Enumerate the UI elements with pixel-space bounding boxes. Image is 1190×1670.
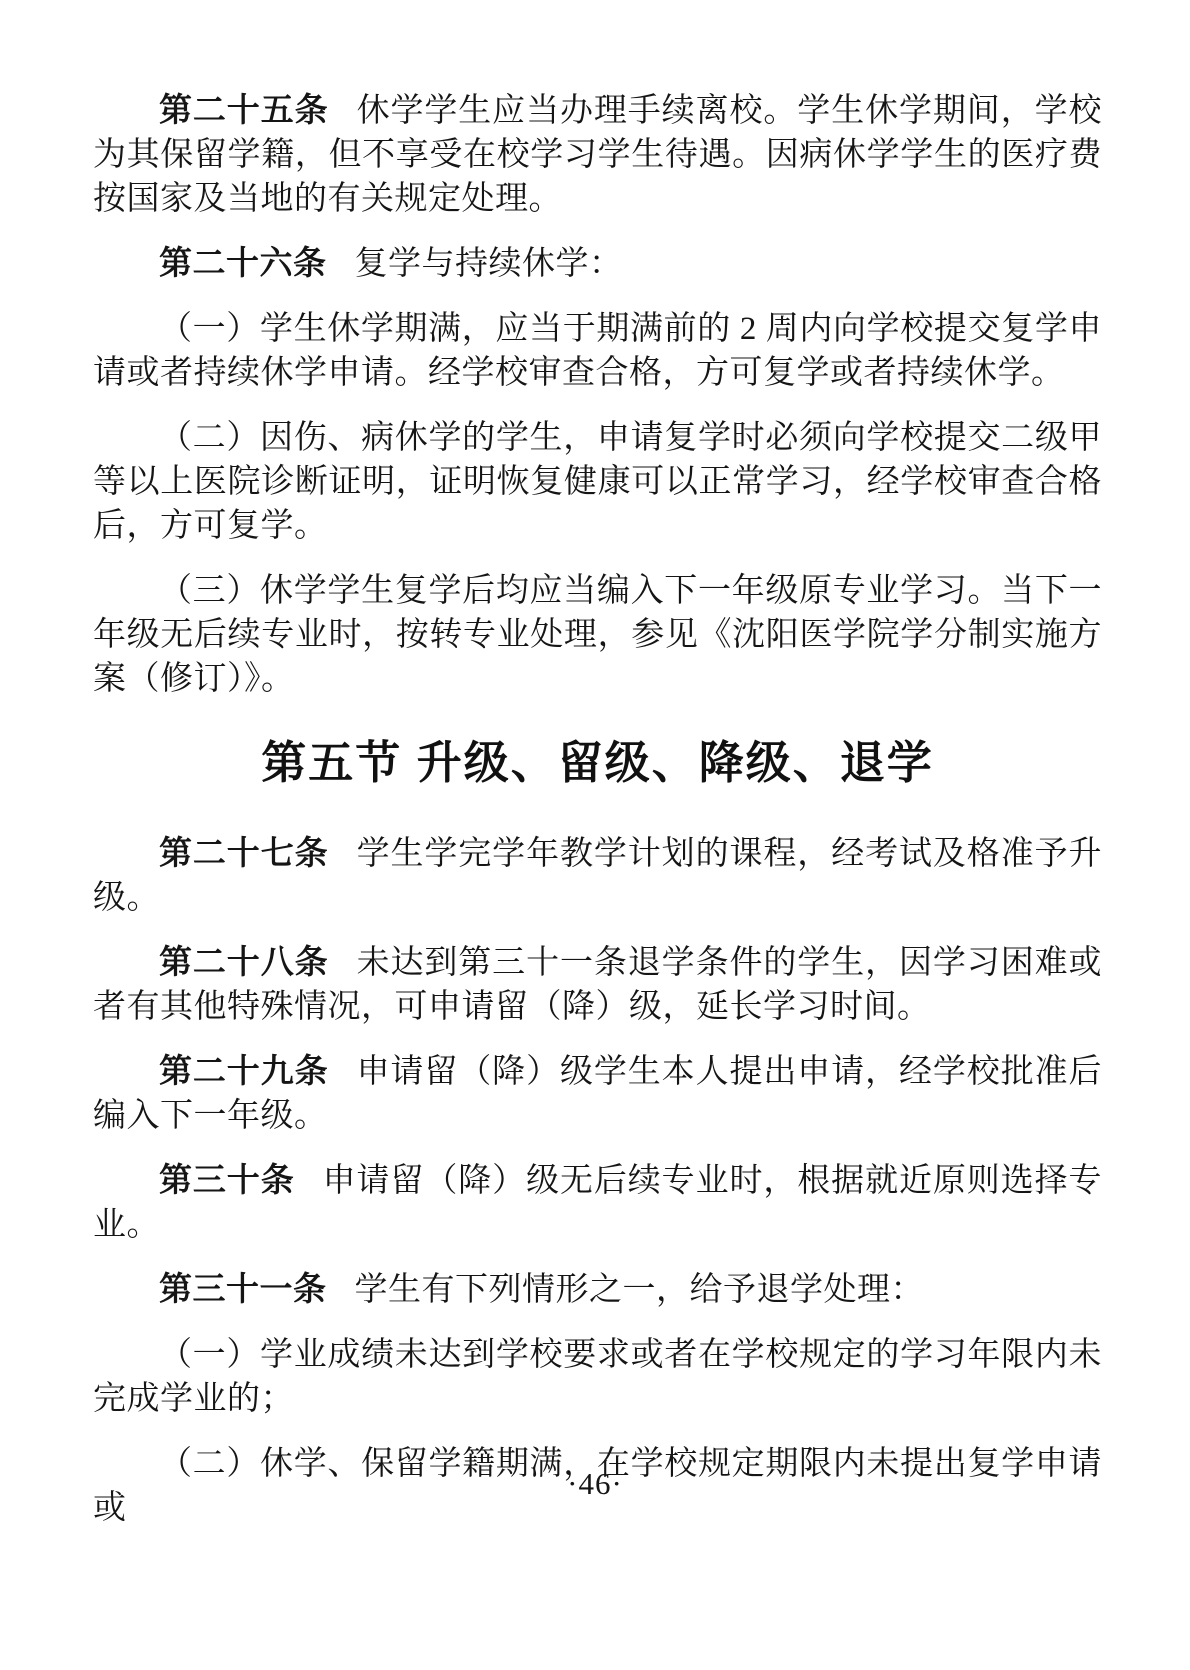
article-26-number: 第二十六条 (159, 244, 327, 281)
page-number: ·46· (0, 1466, 1190, 1502)
item-text: （一）学生休学期满，应当于期满前的 2 周内向学校提交复学申请或者持续休学申请。… (93, 311, 1102, 391)
article-31-paragraph: 第三十一条学生有下列情形之一，给予退学处理： (93, 1267, 1102, 1312)
article-31-item-1: （一）学业成绩未达到学校要求或者在学校规定的学习年限内未完成学业的； (93, 1332, 1102, 1421)
document-body: 第二十五条休学学生应当办理手续离校。学生休学期间，学校为其保留学籍，但不享受在校… (93, 88, 1102, 1530)
article-26-paragraph: 第二十六条复学与持续休学： (93, 241, 1102, 286)
article-25-number: 第二十五条 (159, 91, 329, 128)
article-30-number: 第三十条 (159, 1161, 295, 1198)
item-text: （三）休学学生复学后均应当编入下一年级原专业学习。当下一年级无后续专业时，按转专… (93, 573, 1102, 697)
article-31-number: 第三十一条 (159, 1270, 327, 1307)
document-page: 第二十五条休学学生应当办理手续离校。学生休学期间，学校为其保留学籍，但不享受在校… (0, 0, 1190, 1670)
article-28-number: 第二十八条 (159, 943, 329, 980)
article-26-item-3: （三）休学学生复学后均应当编入下一年级原专业学习。当下一年级无后续专业时，按转专… (93, 568, 1102, 701)
article-25-paragraph: 第二十五条休学学生应当办理手续离校。学生休学期间，学校为其保留学籍，但不享受在校… (93, 88, 1102, 221)
article-26-item-1: （一）学生休学期满，应当于期满前的 2 周内向学校提交复学申请或者持续休学申请。… (93, 306, 1102, 395)
article-27-paragraph: 第二十七条学生学完学年教学计划的课程，经考试及格准予升级。 (93, 831, 1102, 920)
article-26-item-2: （二）因伤、病休学的学生，申请复学时必须向学校提交二级甲等以上医院诊断证明，证明… (93, 415, 1102, 548)
article-29-paragraph: 第二十九条申请留（降）级学生本人提出申请，经学校批准后编入下一年级。 (93, 1049, 1102, 1138)
article-26-text: 复学与持续休学： (355, 246, 623, 282)
article-30-paragraph: 第三十条申请留（降）级无后续专业时，根据就近原则选择专业。 (93, 1158, 1102, 1247)
article-29-number: 第二十九条 (159, 1052, 329, 1089)
item-text: （二）因伤、病休学的学生，申请复学时必须向学校提交二级甲等以上医院诊断证明，证明… (93, 420, 1102, 544)
article-28-paragraph: 第二十八条未达到第三十一条退学条件的学生，因学习困难或者有其他特殊情况，可申请留… (93, 940, 1102, 1029)
item-text: （一）学业成绩未达到学校要求或者在学校规定的学习年限内未完成学业的； (93, 1337, 1102, 1417)
section-heading: 第五节 升级、留级、降级、退学 (93, 733, 1102, 793)
article-27-number: 第二十七条 (159, 834, 329, 871)
article-31-text: 学生有下列情形之一，给予退学处理： (355, 1272, 925, 1308)
